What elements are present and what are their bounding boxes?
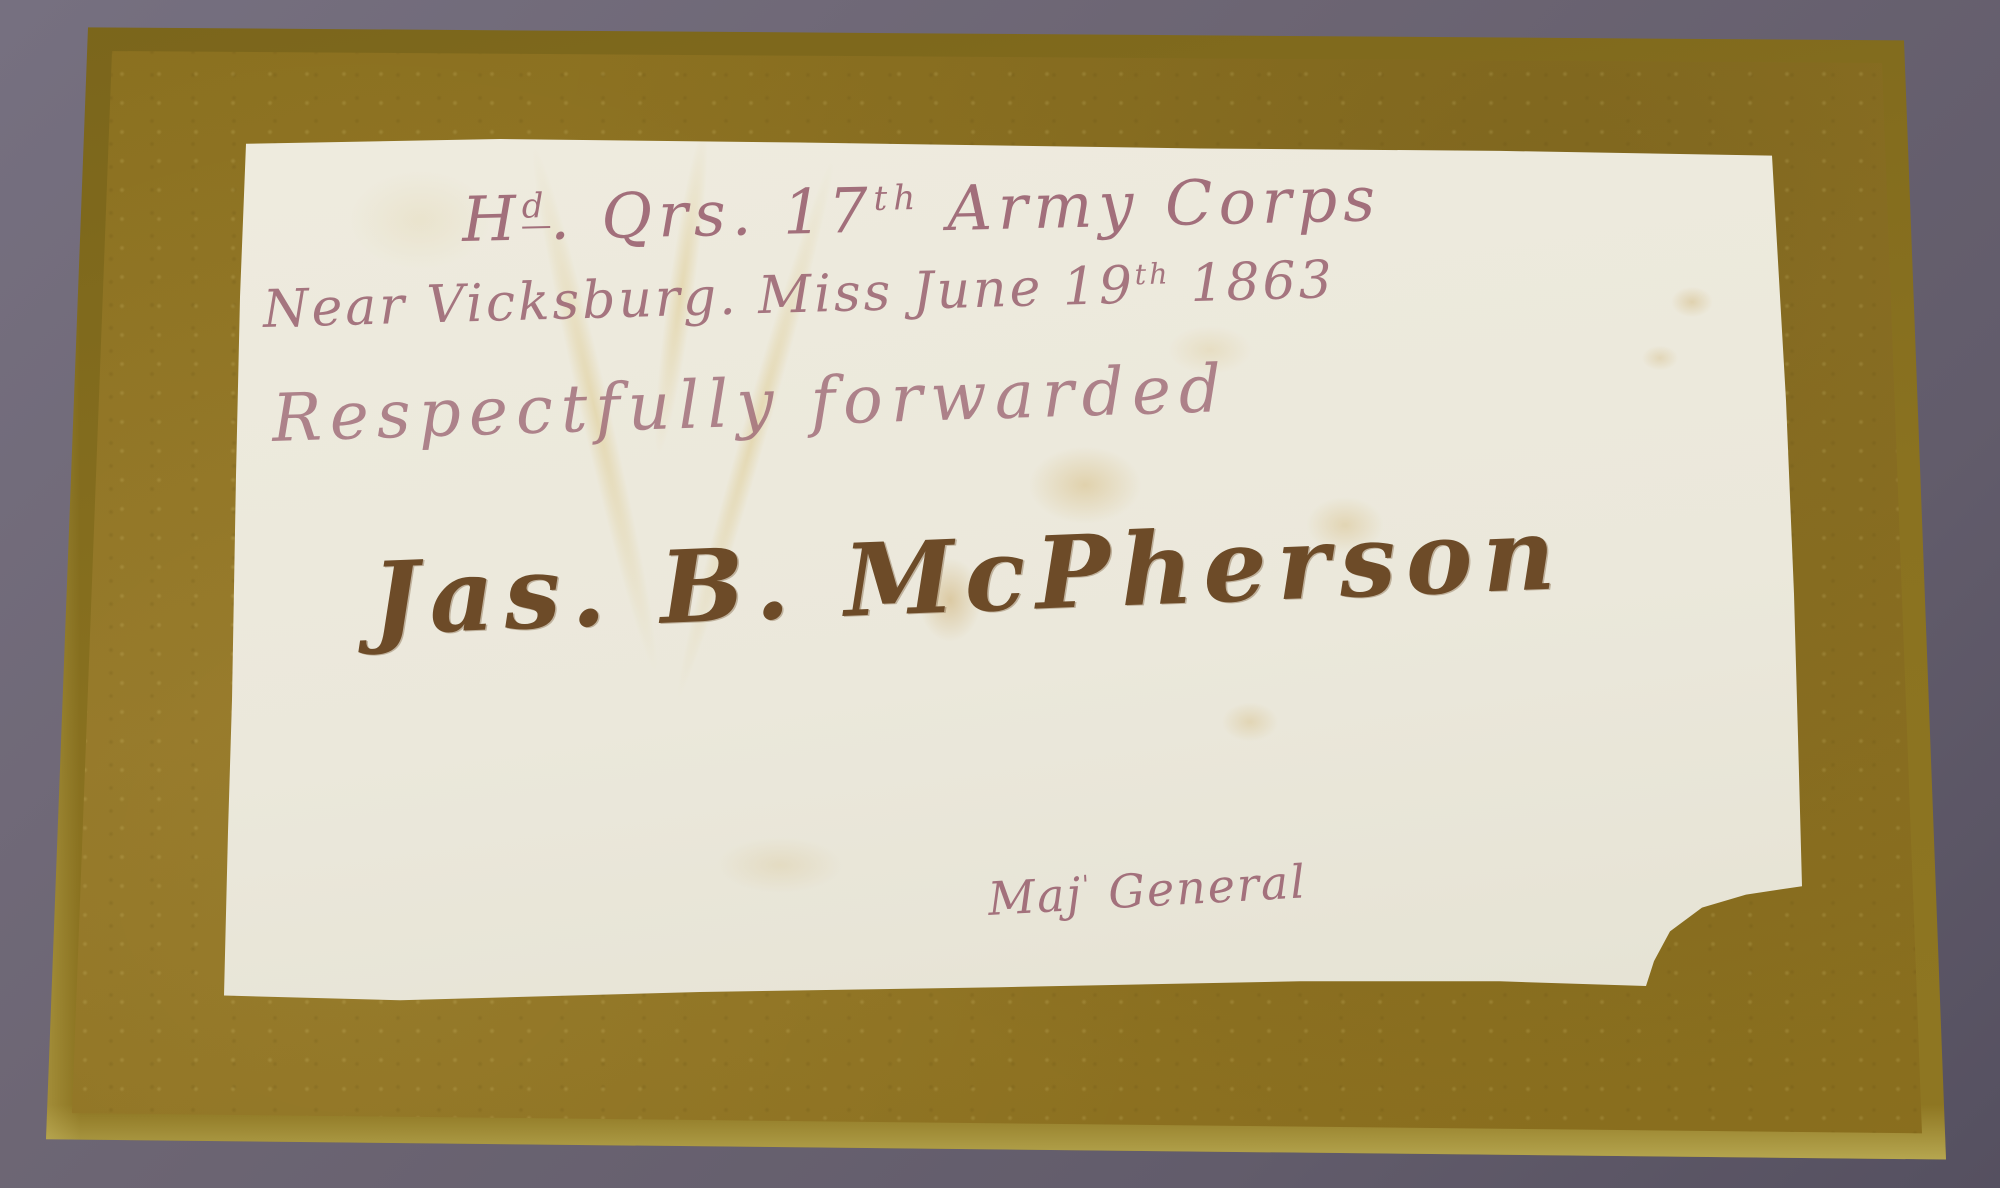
dateline-year: 1863 [1170,250,1335,315]
superscript-d: d [521,186,550,229]
heading-text: . Qrs. 17 [549,174,875,254]
superscript-th: th [1134,256,1171,291]
superscript-th: th [873,178,922,219]
photo-background: Hd. Qrs. 17th Army Corps Near Vicksburg.… [0,0,2000,1188]
rank-text: Maj [986,867,1084,926]
heading-text: Army Corps [921,162,1382,245]
heading-text: H [461,182,523,256]
